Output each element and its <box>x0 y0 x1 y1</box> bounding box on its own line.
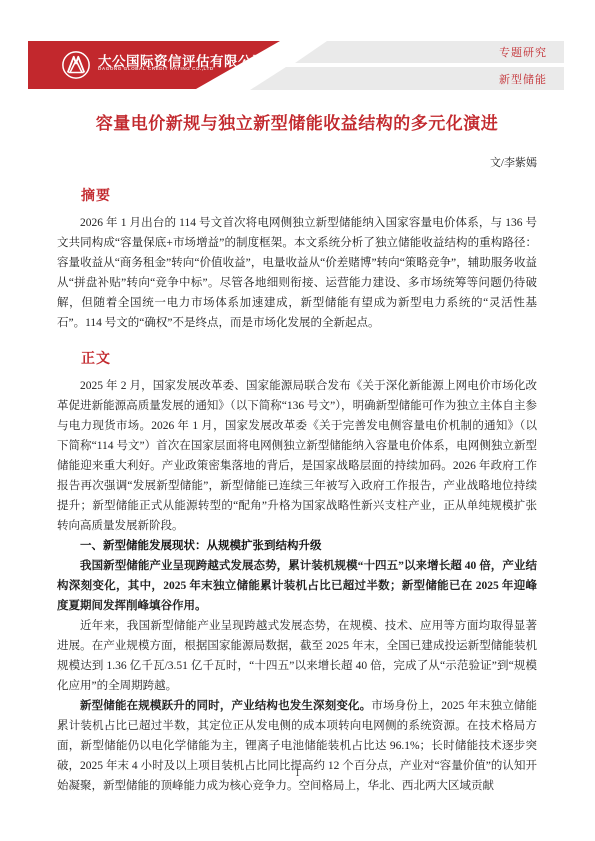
page-number: 1 <box>0 768 595 779</box>
paragraph-lead-bold: 新型储能在规模跃升的同时，产业结构也发生深刻变化。 <box>80 700 371 712</box>
brand-banner: 大公国际资信评估有限公司 DAGONG GLOBAL CREDIT RATING… <box>28 41 280 89</box>
report-type-tag: 专题研究 <box>295 41 564 63</box>
author-byline: 文/李紫嫣 <box>57 154 537 170</box>
article-title: 容量电价新规与独立新型储能收益结构的多元化演进 <box>57 109 537 134</box>
paragraph-policy-overview: 2025 年 2 月，国家发展改革委、国家能源局联合发布《关于深化新能源上网电价… <box>57 376 537 536</box>
paragraph-scale-summary: 我国新型储能产业呈现跨越式发展态势，累计装机规模“十四五”以来增长超 40 倍，… <box>57 556 537 616</box>
abstract-heading: 摘要 <box>81 185 537 205</box>
article-content: 容量电价新规与独立新型储能收益结构的多元化演进 文/李紫嫣 摘要 2026 年 … <box>57 103 537 796</box>
report-type-label: 专题研究 <box>499 44 547 60</box>
report-page: 大公国际资信评估有限公司 DAGONG GLOBAL CREDIT RATING… <box>0 0 595 841</box>
body-heading: 正文 <box>81 348 537 368</box>
company-name-en: DAGONG GLOBAL CREDIT RATING CO.,LTD <box>98 67 214 72</box>
paragraph-structure-change: 新型储能在规模跃升的同时，产业结构也发生深刻变化。市场身份上，2025 年末独立… <box>57 696 537 796</box>
abstract-paragraph: 2026 年 1 月出台的 114 号文首次将电网侧独立新型储能纳入国家容量电价… <box>57 213 537 333</box>
paragraph-industry-scale: 近年来，我国新型储能产业呈现跨越式发展态势，在规模、技术、应用等方面均取得显著进… <box>57 616 537 696</box>
report-topic-tag: 新型储能 <box>250 67 564 90</box>
report-topic-label: 新型储能 <box>499 71 547 87</box>
section1-heading: 一、新型储能发展现状：从规模扩张到结构升级 <box>57 536 537 556</box>
dagong-emblem-icon <box>61 50 91 80</box>
